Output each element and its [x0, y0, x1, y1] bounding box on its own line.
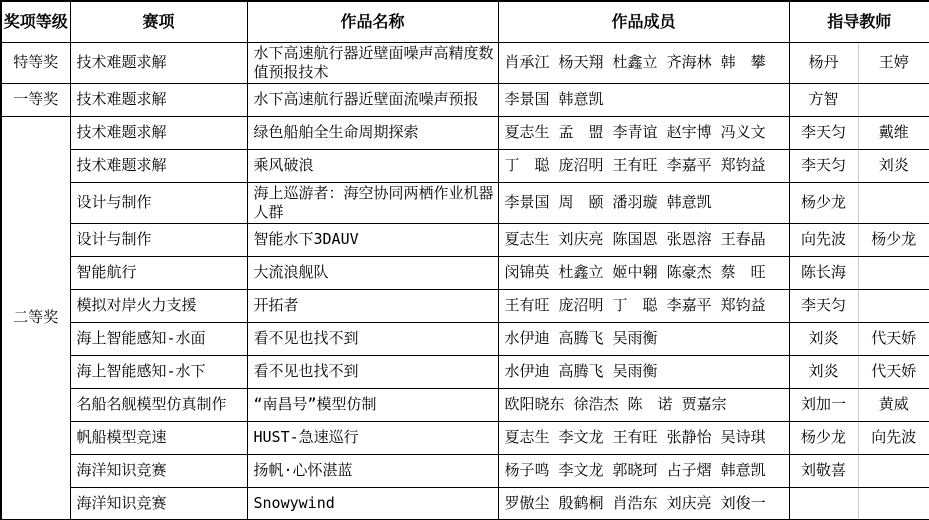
category-cell: 海洋知识竞赛 — [70, 454, 247, 487]
teacher-secondary-cell: 杨少龙 — [858, 223, 929, 256]
table-row: 技术难题求解乘风破浪丁 聪 庞沼明 王有旺 李嘉平 郑钧益李天匀刘炎 — [1, 149, 929, 182]
table-row: 海洋知识竞赛Snowywind罗傲尘 殷鹤桐 肖浩东 刘庆亮 刘俊一 — [1, 487, 929, 520]
teacher-primary-cell: 刘炎 — [789, 322, 858, 355]
teacher-secondary-cell: 代天娇 — [858, 322, 929, 355]
header-row: 奖项等级 赛项 作品名称 作品成员 指导教师 — [1, 1, 929, 42]
teacher-primary-cell: 杨丹 — [789, 42, 858, 83]
work-name-cell: 海上巡游者：海空协同两栖作业机器人群 — [247, 182, 498, 223]
members-cell: 肖承江 杨天翔 杜鑫立 齐海林 韩 攀 — [498, 42, 789, 83]
table-row: 设计与制作智能水下3DAUV夏志生 刘庆亮 陈国恩 张恩溶 王春晶向先波杨少龙 — [1, 223, 929, 256]
teacher-primary-cell: 李天匀 — [789, 289, 858, 322]
teacher-secondary-cell — [858, 454, 929, 487]
category-cell: 技术难题求解 — [70, 149, 247, 182]
teacher-primary-cell: 刘加一 — [789, 388, 858, 421]
teacher-secondary-cell: 王婷 — [858, 42, 929, 83]
members-cell: 罗傲尘 殷鹤桐 肖浩东 刘庆亮 刘俊一 — [498, 487, 789, 520]
teacher-secondary-cell — [858, 182, 929, 223]
members-cell: 丁 聪 庞沼明 王有旺 李嘉平 郑钧益 — [498, 149, 789, 182]
table-row: 智能航行大流浪舰队闵锦英 杜鑫立 姬中翱 陈豪杰 蔡 旺陈长海 — [1, 256, 929, 289]
table-row: 海洋知识竞赛扬帆·心怀湛蓝杨子鸣 李文龙 郭晓珂 占子熠 韩意凯刘敬喜 — [1, 454, 929, 487]
teacher-primary-cell: 向先波 — [789, 223, 858, 256]
teacher-secondary-cell: 向先波 — [858, 421, 929, 454]
members-cell: 李景国 周 颐 潘羽璇 韩意凯 — [498, 182, 789, 223]
work-name-cell: 水下高速航行器近壁面流噪声预报 — [247, 83, 498, 116]
header-work-name: 作品名称 — [247, 1, 498, 42]
teacher-primary-cell: 刘敬喜 — [789, 454, 858, 487]
category-cell: 设计与制作 — [70, 223, 247, 256]
table-row: 一等奖技术难题求解水下高速航行器近壁面流噪声预报李景国 韩意凯方智 — [1, 83, 929, 116]
table-row: 海上智能感知-水面看不见也找不到水伊迪 高腾飞 吴雨衡刘炎代天娇 — [1, 322, 929, 355]
members-cell: 王有旺 庞沼明 丁 聪 李嘉平 郑钧益 — [498, 289, 789, 322]
table-row: 海上智能感知-水下看不见也找不到水伊迪 高腾飞 吴雨衡刘炎代天娇 — [1, 355, 929, 388]
category-cell: 海上智能感知-水下 — [70, 355, 247, 388]
teacher-primary-cell: 刘炎 — [789, 355, 858, 388]
members-cell: 夏志生 李文龙 王有旺 张静怡 吴诗琪 — [498, 421, 789, 454]
table-row: 模拟对岸火力支援开拓者王有旺 庞沼明 丁 聪 李嘉平 郑钧益李天匀 — [1, 289, 929, 322]
category-cell: 技术难题求解 — [70, 116, 247, 149]
members-cell: 水伊迪 高腾飞 吴雨衡 — [498, 355, 789, 388]
teacher-secondary-cell — [858, 289, 929, 322]
category-cell: 技术难题求解 — [70, 83, 247, 116]
teacher-primary-cell: 李天匀 — [789, 149, 858, 182]
work-name-cell: 大流浪舰队 — [247, 256, 498, 289]
category-cell: 海上智能感知-水面 — [70, 322, 247, 355]
table-row: 名船名舰模型仿真制作“南昌号”模型仿制欧阳晓东 徐浩杰 陈 诺 贾嘉宗刘加一黄威 — [1, 388, 929, 421]
work-name-cell: 绿色船舶全生命周期探索 — [247, 116, 498, 149]
teacher-secondary-cell: 刘炎 — [858, 149, 929, 182]
members-cell: 欧阳晓东 徐浩杰 陈 诺 贾嘉宗 — [498, 388, 789, 421]
award-level-cell: 二等奖 — [1, 116, 70, 520]
table-row: 二等奖技术难题求解绿色船舶全生命周期探索夏志生 孟 盟 李青谊 赵宇博 冯义文李… — [1, 116, 929, 149]
members-cell: 夏志生 孟 盟 李青谊 赵宇博 冯义文 — [498, 116, 789, 149]
teacher-secondary-cell: 戴维 — [858, 116, 929, 149]
teacher-primary-cell: 陈长海 — [789, 256, 858, 289]
work-name-cell: 看不见也找不到 — [247, 355, 498, 388]
table-row: 设计与制作海上巡游者：海空协同两栖作业机器人群李景国 周 颐 潘羽璇 韩意凯杨少… — [1, 182, 929, 223]
teacher-secondary-cell — [858, 256, 929, 289]
header-members: 作品成员 — [498, 1, 789, 42]
category-cell: 模拟对岸火力支援 — [70, 289, 247, 322]
category-cell: 智能航行 — [70, 256, 247, 289]
teacher-primary-cell: 方智 — [789, 83, 858, 116]
teacher-primary-cell: 杨少龙 — [789, 421, 858, 454]
table-row: 帆船模型竞速HUST-急速巡行夏志生 李文龙 王有旺 张静怡 吴诗琪杨少龙向先波 — [1, 421, 929, 454]
header-award-level: 奖项等级 — [1, 1, 70, 42]
work-name-cell: 乘风破浪 — [247, 149, 498, 182]
teacher-secondary-cell — [858, 487, 929, 520]
category-cell: 海洋知识竞赛 — [70, 487, 247, 520]
table-row: 特等奖技术难题求解水下高速航行器近壁面噪声高精度数值预报技术肖承江 杨天翔 杜鑫… — [1, 42, 929, 83]
members-cell: 杨子鸣 李文龙 郭晓珂 占子熠 韩意凯 — [498, 454, 789, 487]
category-cell: 名船名舰模型仿真制作 — [70, 388, 247, 421]
award-level-cell: 一等奖 — [1, 83, 70, 116]
teacher-secondary-cell: 代天娇 — [858, 355, 929, 388]
teacher-secondary-cell — [858, 83, 929, 116]
awards-table: 奖项等级 赛项 作品名称 作品成员 指导教师 特等奖技术难题求解水下高速航行器近… — [0, 0, 929, 520]
teacher-primary-cell: 杨少龙 — [789, 182, 858, 223]
teacher-primary-cell: 李天匀 — [789, 116, 858, 149]
work-name-cell: 看不见也找不到 — [247, 322, 498, 355]
members-cell: 闵锦英 杜鑫立 姬中翱 陈豪杰 蔡 旺 — [498, 256, 789, 289]
work-name-cell: 智能水下3DAUV — [247, 223, 498, 256]
header-teachers: 指导教师 — [789, 1, 929, 42]
members-cell: 水伊迪 高腾飞 吴雨衡 — [498, 322, 789, 355]
table-header: 奖项等级 赛项 作品名称 作品成员 指导教师 — [1, 1, 929, 42]
work-name-cell: HUST-急速巡行 — [247, 421, 498, 454]
award-level-cell: 特等奖 — [1, 42, 70, 83]
work-name-cell: “南昌号”模型仿制 — [247, 388, 498, 421]
members-cell: 夏志生 刘庆亮 陈国恩 张恩溶 王春晶 — [498, 223, 789, 256]
members-cell: 李景国 韩意凯 — [498, 83, 789, 116]
teacher-secondary-cell: 黄威 — [858, 388, 929, 421]
category-cell: 技术难题求解 — [70, 42, 247, 83]
work-name-cell: 开拓者 — [247, 289, 498, 322]
work-name-cell: Snowywind — [247, 487, 498, 520]
awards-table-body: 特等奖技术难题求解水下高速航行器近壁面噪声高精度数值预报技术肖承江 杨天翔 杜鑫… — [1, 42, 929, 520]
category-cell: 帆船模型竞速 — [70, 421, 247, 454]
work-name-cell: 扬帆·心怀湛蓝 — [247, 454, 498, 487]
teacher-primary-cell — [789, 487, 858, 520]
work-name-cell: 水下高速航行器近壁面噪声高精度数值预报技术 — [247, 42, 498, 83]
category-cell: 设计与制作 — [70, 182, 247, 223]
header-category: 赛项 — [70, 1, 247, 42]
